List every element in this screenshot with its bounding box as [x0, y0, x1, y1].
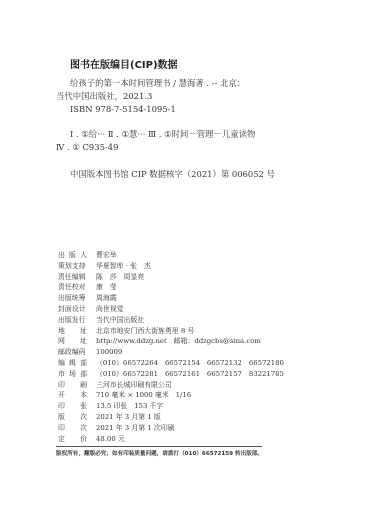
colophon-label: 出版发行: [58, 315, 96, 326]
colophon-row: 邮政编码100009: [58, 347, 278, 358]
colophon-value: （010）66572281 66572161 66572157 83221785: [96, 369, 284, 380]
colophon-row: 编辑部（010）66572264 66572154 66572132 66572…: [58, 358, 278, 369]
cip-isbn: ISBN 978-7-5154-1095-1: [56, 103, 316, 116]
colophon-label: 印张: [58, 401, 87, 412]
colophon-label-part: 策划支持: [58, 262, 86, 270]
cip-record: 给孩子的第一本时间管理书 / 慧海著 . -- 北京： 当代中国出版社，2021…: [56, 77, 316, 181]
colophon-label-part: 印: [58, 423, 65, 434]
colophon-value: 北京市地安门西大街旌勇里 8 号: [96, 326, 194, 337]
colophon-label-part: 版: [69, 250, 76, 261]
colophon-label-part: 责任校对: [58, 283, 86, 291]
colophon-label: 邮政编码: [58, 347, 96, 358]
colophon-row: 市场部（010）66572281 66572161 66572157 83221…: [58, 369, 278, 380]
colophon-label: 出版统筹: [58, 293, 96, 304]
colophon-value: 康 莹: [96, 282, 117, 293]
colophon-label-part: 本: [80, 390, 87, 401]
colophon-label-part: 辑: [69, 358, 76, 369]
colophon-label-part: 址: [80, 326, 87, 337]
colophon-label: 市场部: [58, 369, 87, 380]
colophon-row: 版次2021 年 3 月第 1 版: [58, 412, 278, 423]
colophon-label: 版次: [58, 412, 87, 423]
colophon-label: 印次: [58, 423, 87, 434]
colophon-row: 印次2021 年 3 月第 1 次印刷: [58, 423, 278, 434]
colophon-label-part: 次: [80, 423, 87, 434]
colophon-row: 出版统筹周海霞: [58, 293, 278, 304]
copyright-notice: 版权所有，翻版必究；如有印装质量问题，请拨打（010）66572159 转出版部…: [56, 449, 263, 457]
colophon-value: 当代中国出版社: [96, 315, 144, 326]
colophon-table: 出版人曹宏举策划支持华夏智库 · 张 杰责任编辑陈 莎 周显亮责任校对康 莹出版…: [58, 250, 278, 444]
colophon-value: 曹宏举: [96, 250, 117, 261]
colophon-label-part: 编: [58, 358, 65, 369]
colophon-label-part: 开: [58, 390, 65, 401]
colophon-label-part: 出: [58, 250, 65, 261]
colophon-label: 封面设计: [58, 304, 96, 315]
colophon-value: 周海霞: [96, 293, 117, 304]
cip-classification: Ⅳ . ① C935-49: [56, 141, 316, 154]
colophon-row: 出版发行当代中国出版社: [58, 315, 278, 326]
colophon-value: 2021 年 3 月第 1 版: [96, 412, 161, 423]
colophon-value: 100009: [96, 347, 122, 358]
colophon-row: 责任编辑陈 莎 周显亮: [58, 272, 278, 283]
colophon-label-part: 邮政编码: [58, 348, 86, 356]
colophon-value: 48.00 元: [96, 434, 125, 445]
colophon-label-part: 次: [80, 412, 87, 423]
colophon-value: 三河市长城印刷有限公司: [96, 380, 172, 391]
colophon-label-part: 出版统筹: [58, 294, 86, 302]
colophon-label-part: 版: [58, 412, 65, 423]
colophon-label-part: 市: [58, 369, 65, 380]
colophon-label: 策划支持: [58, 261, 96, 272]
colophon-label: 开本: [58, 390, 87, 401]
colophon-label-part: 部: [80, 369, 87, 380]
colophon-row: 责任校对康 莹: [58, 282, 278, 293]
colophon-label-part: 定: [58, 434, 65, 445]
colophon-label: 定价: [58, 434, 87, 445]
colophon-value: 陈 莎 周显亮: [96, 272, 144, 283]
colophon-label: 地址: [58, 326, 87, 337]
colophon-label-part: 张: [80, 401, 87, 412]
colophon-row: 封面设计尚世视觉: [58, 304, 278, 315]
colophon-label: 编辑部: [58, 358, 87, 369]
colophon-label-part: 印: [58, 380, 65, 391]
colophon-value: http://www.ddzg.net 邮箱：ddzgcbs@sina.com: [96, 336, 261, 347]
cip-verification-number: 中国版本图书馆 CIP 数据核字（2021）第 006052 号: [56, 168, 316, 181]
colophon-label-part: 网: [58, 336, 65, 347]
colophon-label-part: 封面设计: [58, 305, 86, 313]
divider-rule: [56, 446, 262, 447]
colophon-row: 出版人曹宏举: [58, 250, 278, 261]
colophon-value: 13.5 印张 153 千字: [96, 401, 163, 412]
colophon-row: 印张13.5 印张 153 千字: [58, 401, 278, 412]
colophon-row: 地址北京市地安门西大街旌勇里 8 号: [58, 326, 278, 337]
cip-publisher-line: 当代中国出版社，2021.3: [56, 90, 316, 103]
colophon-value: 2021 年 3 月第 1 次印刷: [96, 423, 175, 434]
cip-title: 图书在版编目(CIP)数据: [70, 56, 178, 71]
colophon-label-part: 地: [58, 326, 65, 337]
colophon-label-part: 址: [80, 336, 87, 347]
colophon-label: 印刷: [58, 380, 87, 391]
colophon-value: （010）66572264 66572154 66572132 66572180: [96, 358, 284, 369]
colophon-value: 华夏智库 · 张 杰: [96, 261, 151, 272]
colophon-label-part: 场: [69, 369, 76, 380]
colophon-row: 策划支持华夏智库 · 张 杰: [58, 261, 278, 272]
colophon-label-part: 人: [80, 250, 87, 261]
colophon-label-part: 责任编辑: [58, 273, 86, 281]
colophon-label-part: 印: [58, 401, 65, 412]
colophon-label-part: 出版发行: [58, 316, 86, 324]
colophon-row: 开本710 毫米 × 1000 毫米 1/16: [58, 390, 278, 401]
colophon-label-part: 部: [80, 358, 87, 369]
colophon-label-part: 刷: [80, 380, 87, 391]
colophon-row: 定价48.00 元: [58, 434, 278, 445]
colophon-label-part: 价: [80, 434, 87, 445]
colophon-value: 710 毫米 × 1000 毫米 1/16: [96, 390, 191, 401]
cip-subject-line: Ⅰ . ①给··· Ⅱ . ①慧··· Ⅲ . ①时间－管理－儿童读物: [56, 128, 316, 141]
colophon-row: 网址http://www.ddzg.net 邮箱：ddzgcbs@sina.co…: [58, 336, 278, 347]
colophon-label: 出版人: [58, 250, 87, 261]
colophon-label: 责任校对: [58, 282, 96, 293]
colophon-row: 印刷三河市长城印刷有限公司: [58, 380, 278, 391]
colophon-label: 网址: [58, 336, 87, 347]
colophon-value: 尚世视觉: [96, 304, 124, 315]
cip-title-line: 给孩子的第一本时间管理书 / 慧海著 . -- 北京：: [56, 77, 316, 90]
colophon-label: 责任编辑: [58, 272, 96, 283]
